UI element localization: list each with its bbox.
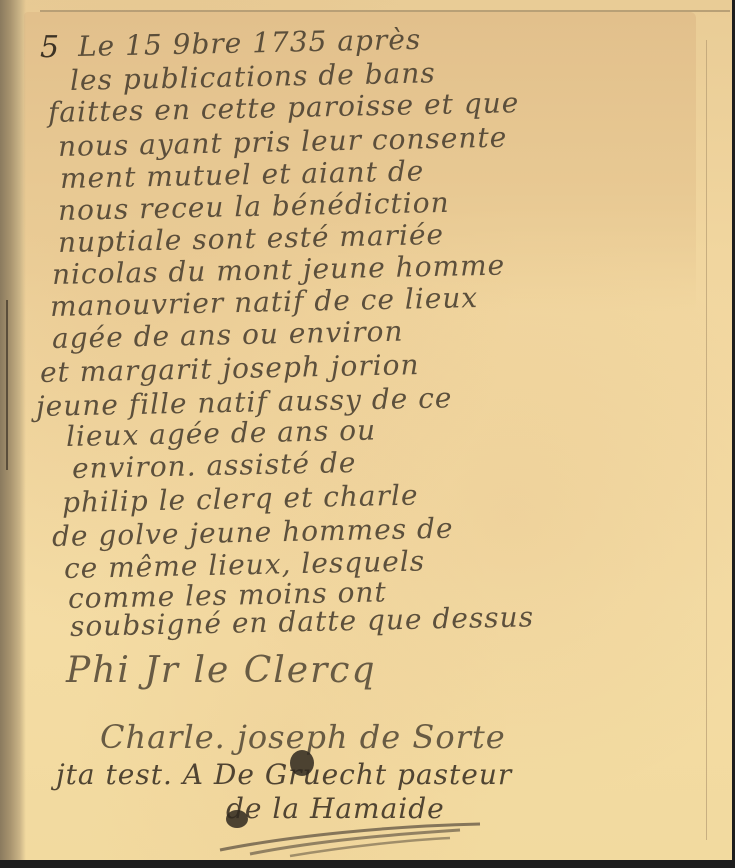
signature-flourish [210,818,490,858]
viewer-bottom-bar [0,860,735,868]
scanned-page: 5 Le 15 9bre 1735 après les publications… [0,0,732,860]
ink-blot [290,750,314,776]
handwritten-line: environ. assisté de [72,446,357,485]
document-viewer: 5 Le 15 9bre 1735 après les publications… [0,0,735,868]
signature-clercq: Phi Jr le Clercq [66,650,377,691]
signature-pastor: jta test. A De Gruecht pasteur [56,758,512,791]
entry-number: 5 [40,30,59,65]
register-entry: 5 Le 15 9bre 1735 après les publications… [0,0,735,860]
